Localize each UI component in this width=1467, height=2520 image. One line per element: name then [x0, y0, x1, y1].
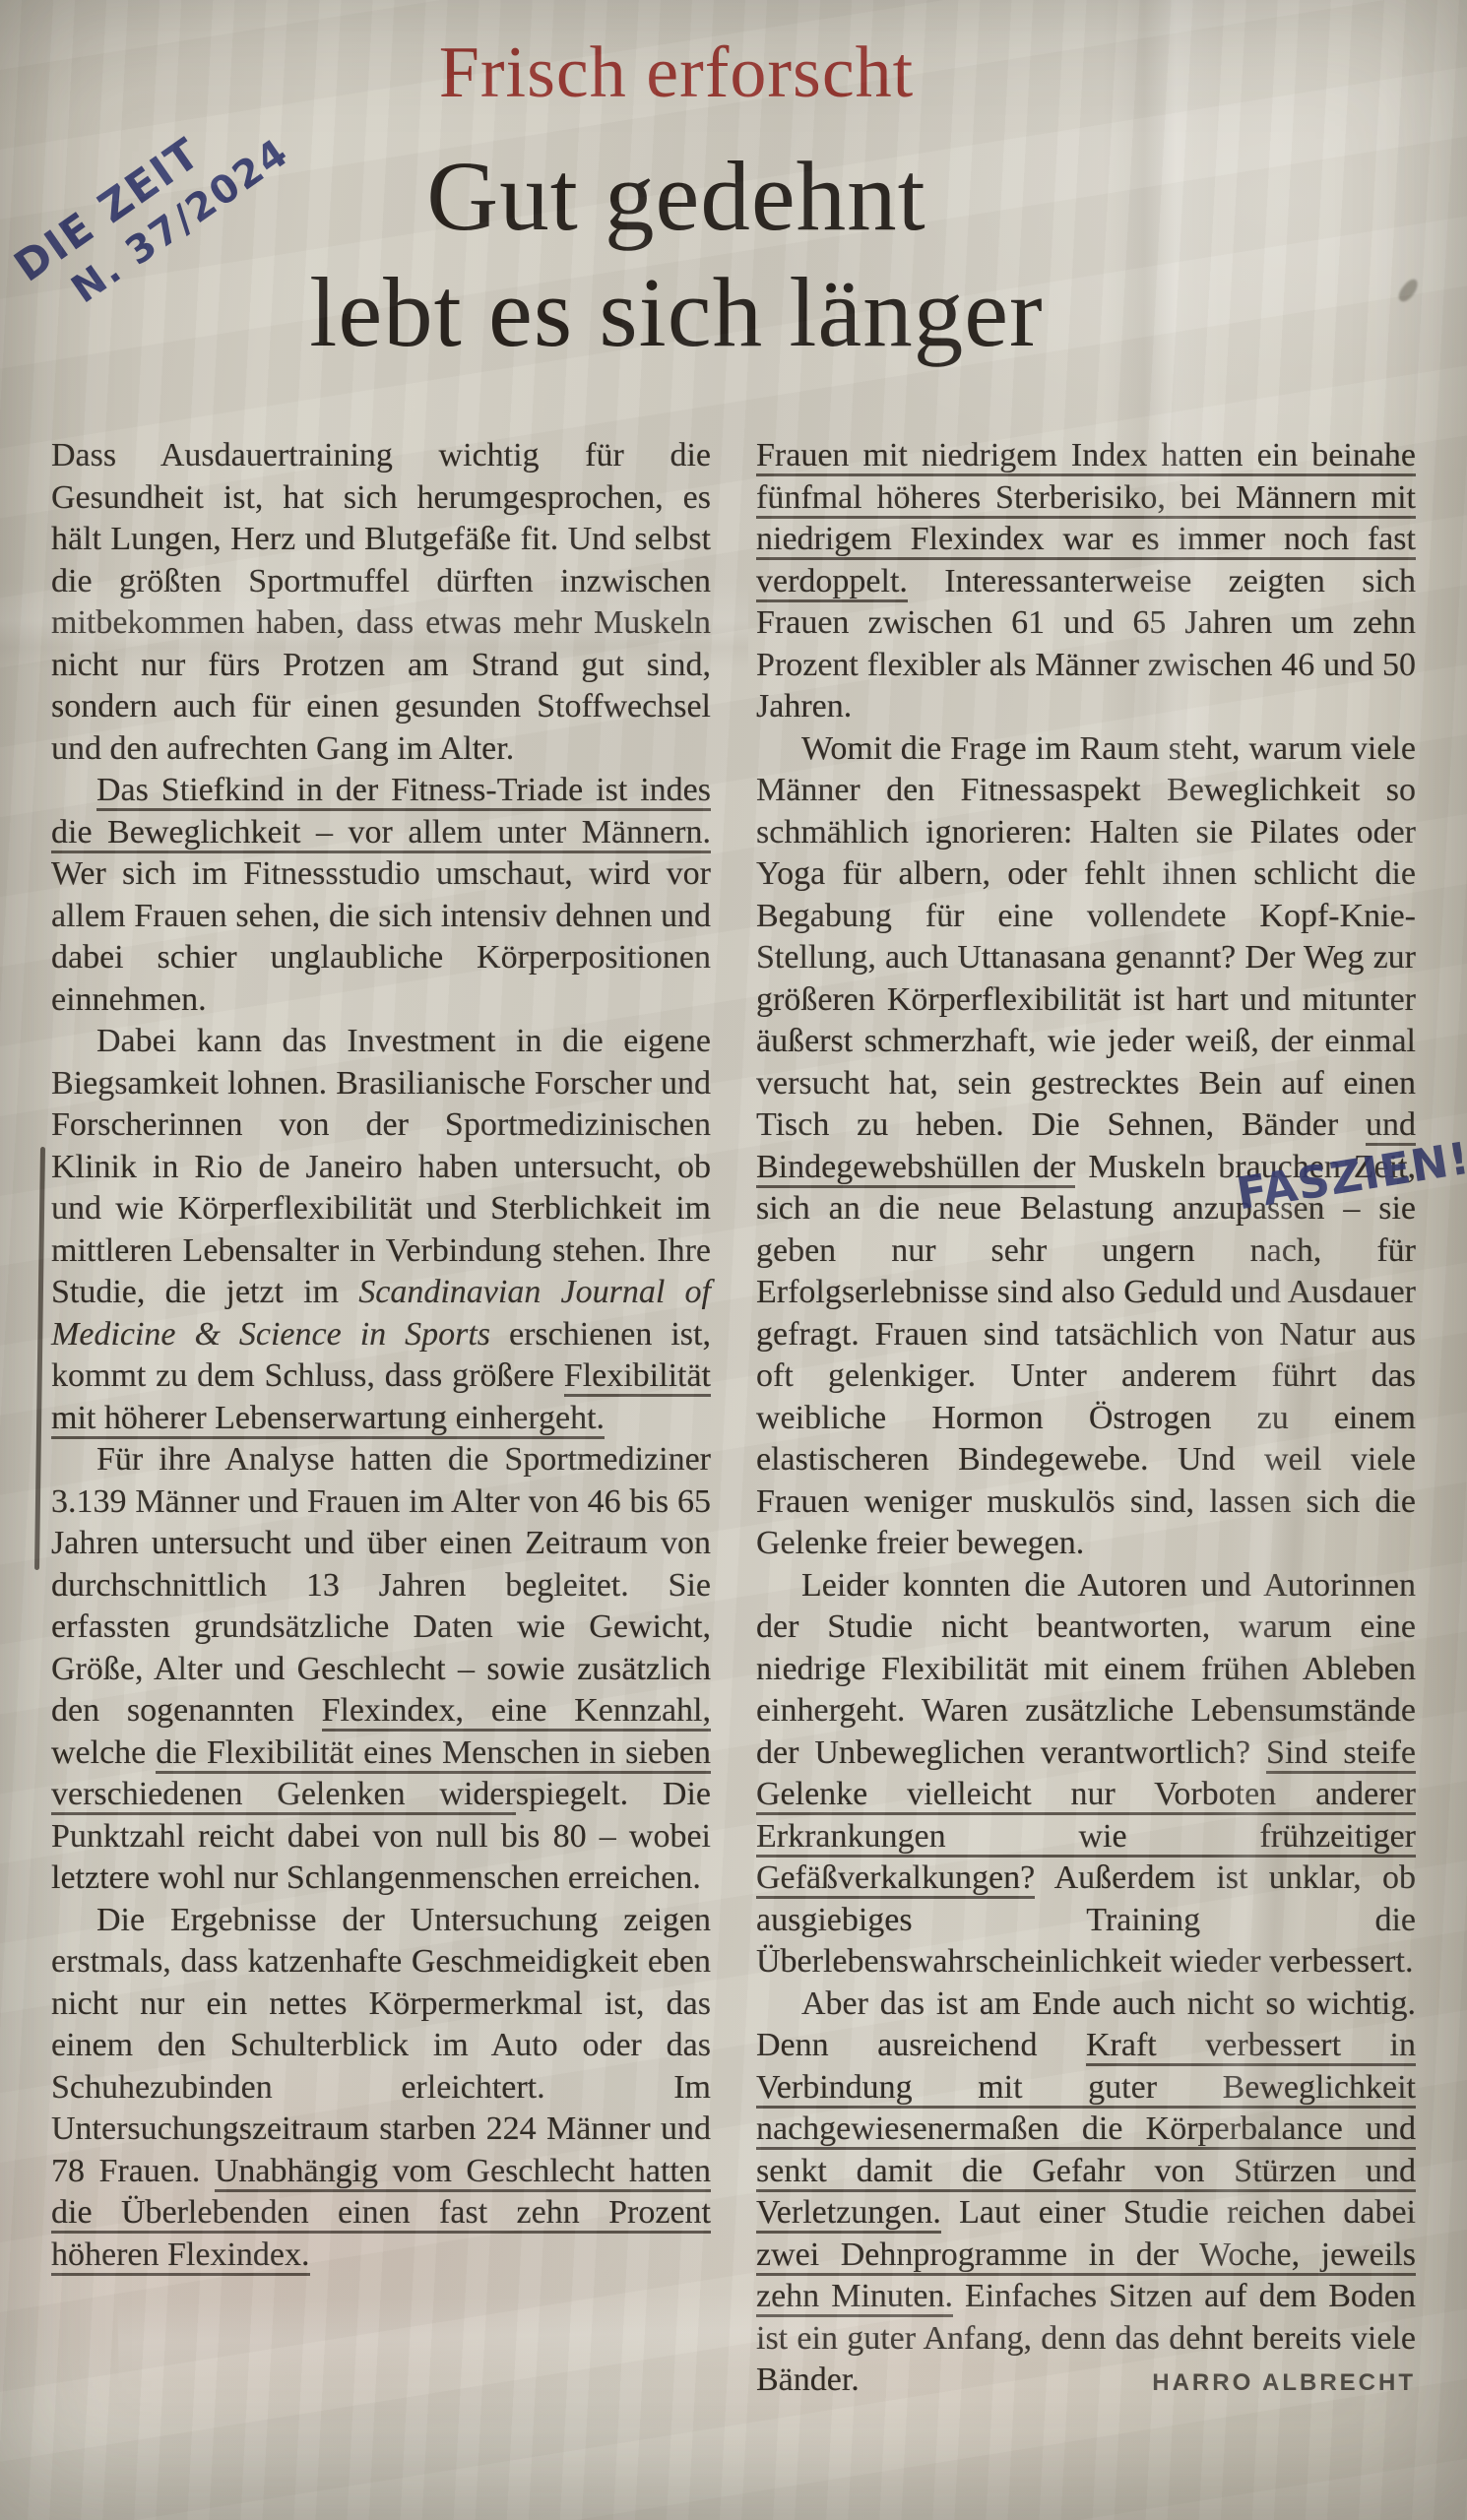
- title-line-1: Gut gedehnt: [426, 141, 925, 251]
- byline: HARRO ALBRECHT: [1107, 2368, 1416, 2398]
- paragraph: Leider konnten die Autoren und Autorinne…: [756, 1565, 1416, 1984]
- kicker: Frisch erforscht: [0, 35, 1410, 112]
- text-segment: Dass Ausdauertraining wichtig für die Ge…: [51, 437, 711, 767]
- text-segment: Für ihre Analyse hatten die Sportmedizin…: [51, 1441, 711, 1729]
- text-segment: Laut einer Studie reichen dabei: [941, 2194, 1416, 2231]
- paragraph: Womit die Frage im Raum steht, warum vie…: [756, 728, 1416, 1565]
- text-segment: Muskeln brauchen Zeit, sich an die neue …: [756, 1149, 1416, 1562]
- article-body: Dass Ausdauertraining wichtig für die Ge…: [0, 435, 1467, 2402]
- text-segment: Womit die Frage im Raum steht, warum vie…: [756, 730, 1416, 1144]
- text-segment: Wer sich im Fitnessstudio umschaut, wird…: [51, 855, 711, 1018]
- underlined-text: Flexindex, eine Kennzahl,: [322, 1692, 711, 1732]
- text-segment: Dabei kann das Investment in die eigene …: [51, 1023, 711, 1310]
- paragraph: Dass Ausdauertraining wichtig für die Ge…: [51, 435, 711, 770]
- column-right: Frauen mit niedrigem Index hatten ein be…: [756, 435, 1416, 2402]
- text-segment: welche: [51, 1734, 156, 1771]
- paragraph: Die Ergebnisse der Untersuchung zeigen e…: [51, 1900, 711, 2277]
- underlined-text: Das Stiefkind in der Fitness-Triade ist …: [51, 772, 711, 853]
- newspaper-clipping: Frisch erforscht Gut gedehntlebt es sich…: [0, 0, 1467, 2520]
- column-left: Dass Ausdauertraining wichtig für die Ge…: [51, 435, 711, 2402]
- paragraph: Dabei kann das Investment in die eigene …: [51, 1021, 711, 1439]
- paragraph: Für ihre Analyse hatten die Sportmedizin…: [51, 1439, 711, 1900]
- paragraph: Aber das ist am Ende auch nicht so wicht…: [756, 1984, 1416, 2402]
- paragraph: Das Stiefkind in der Fitness-Triade ist …: [51, 770, 711, 1021]
- paragraph: Frauen mit niedrigem Index hatten ein be…: [756, 435, 1416, 728]
- text-segment: Die Ergebnisse der Untersuchung zeigen e…: [51, 1902, 711, 2189]
- title-line-2: lebt es sich länger: [309, 257, 1043, 367]
